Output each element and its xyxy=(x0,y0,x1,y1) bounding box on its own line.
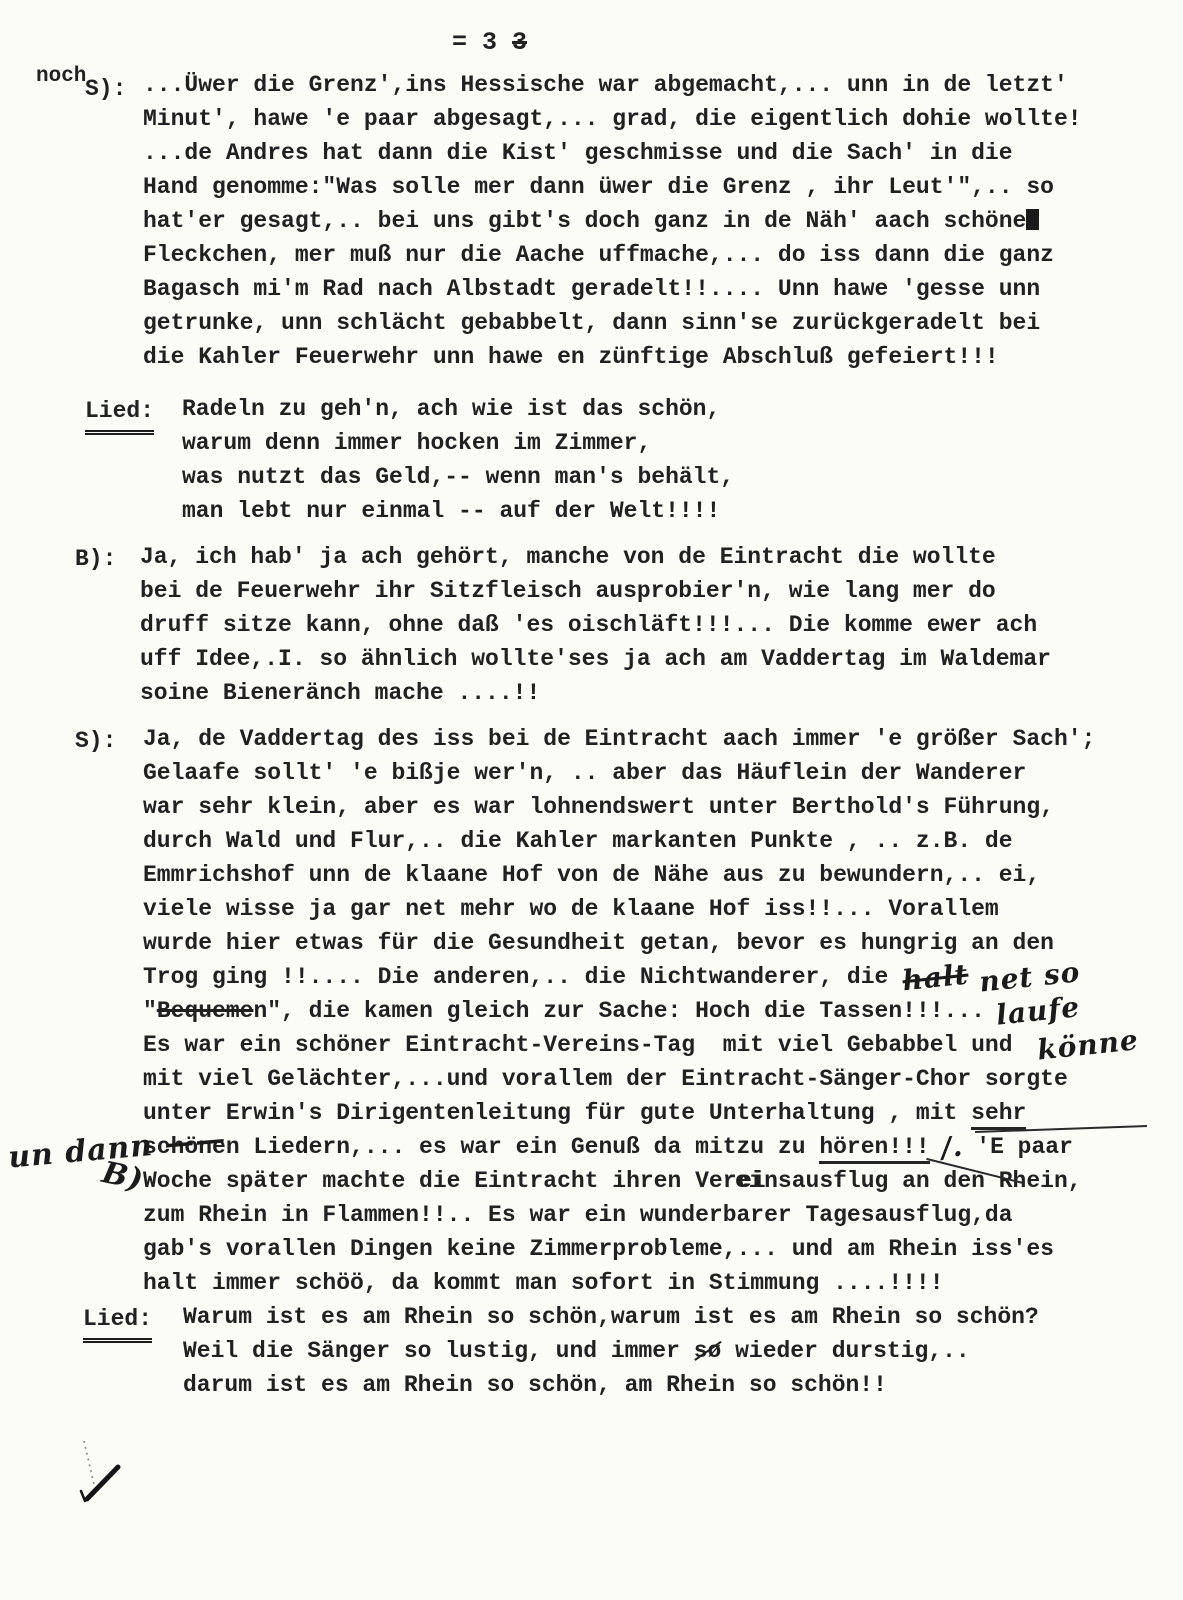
speaker-label-s: S): xyxy=(85,72,126,106)
text-line: "Bequemen", die kamen gleich zur Sache: … xyxy=(143,994,1183,1028)
slashed-text: sø xyxy=(694,1338,722,1364)
struck-text: Bequeme xyxy=(157,998,254,1024)
text-line: Bagasch mi'm Rad nach Albstadt geradelt!… xyxy=(143,272,1183,306)
text-segment: war sehr klein, aber es war lohnendswert… xyxy=(143,794,1054,820)
text-line: zum Rhein in Flammen!!.. Es war ein wund… xyxy=(143,1198,1183,1232)
text-line: war sehr klein, aber es war lohnendswert… xyxy=(143,790,1183,824)
text-segment: die Kahler Feuerwehr unn hawe en zünftig… xyxy=(143,344,999,370)
text-segment: Radeln zu geh'n, ach wie ist das schön, xyxy=(182,396,720,422)
overtyped-text: ei xyxy=(737,1168,765,1194)
text-segment: halt immer schöö, da kommt man sofort in… xyxy=(143,1270,944,1296)
text-segment: Bagasch mi'm Rad nach Albstadt geradelt!… xyxy=(143,276,1040,302)
text-segment: durch Wald und Flur,.. die Kahler markan… xyxy=(143,828,1013,854)
dialog-text-b: Ja, ich hab' ja ach gehört, manche von d… xyxy=(140,540,1183,710)
text-segment: n", die kamen gleich zur Sache: Hoch die… xyxy=(253,998,985,1024)
struck-text: 3 xyxy=(512,28,527,57)
text-segment: uff Idee,.I. so ähnlich wollte'ses ja ac… xyxy=(140,646,1051,672)
text-line: halt immer schöö, da kommt man sofort in… xyxy=(143,1266,1183,1300)
text-line: man lebt nur einmal -- auf der Welt!!!! xyxy=(182,494,1183,528)
song-section-1: Lied: Radeln zu geh'n, ach wie ist das s… xyxy=(0,392,1183,528)
text-segment: gab's vorallen Dingen keine Zimmerproble… xyxy=(143,1236,1054,1262)
text-segment: 'E paar xyxy=(962,1134,1072,1160)
handwritten-annotation: könne xyxy=(1026,1026,1141,1066)
text-line: warum denn immer hocken im Zimmer, xyxy=(182,426,1183,460)
page-number: = 3 3 xyxy=(452,26,1183,60)
text-segment: Warum ist es am Rhein so schön,warum ist… xyxy=(183,1304,1039,1330)
text-line: viele wisse ja gar net mehr wo de klaane… xyxy=(143,892,1183,926)
text-segment: wurde hier etwas für die Gesundheit geta… xyxy=(143,930,1054,956)
text-line: Warum ist es am Rhein so schön,warum ist… xyxy=(183,1300,1183,1334)
text-segment: darum ist es am Rhein so schön, am Rhein… xyxy=(183,1372,887,1398)
text-segment: ...Üwer die Grenz',ins Hessische war abg… xyxy=(143,72,1068,98)
ink-blot xyxy=(1026,209,1039,230)
text-line: gab's vorallen Dingen keine Zimmerproble… xyxy=(143,1232,1183,1266)
text-line: Weil die Sänger so lustig, und immer sø … xyxy=(183,1334,1183,1368)
page-header: = 3 3 xyxy=(0,26,1183,60)
speaker-continuation-label: noch xyxy=(36,60,86,94)
song-label-2: Lied: xyxy=(83,1302,152,1343)
underlined-text: hören!!! xyxy=(819,1134,929,1164)
text-segment: Weil die Sänger so lustig, und immer xyxy=(183,1338,694,1364)
song-lyrics-2: Warum ist es am Rhein so schön,warum ist… xyxy=(183,1300,1183,1402)
text-segment: Gelaafe sollt' 'e bißje wer'n, .. aber d… xyxy=(143,760,1026,786)
speaker-label-b: B): xyxy=(75,542,116,576)
text-line: ...de Andres hat dann die Kist' geschmis… xyxy=(143,136,1183,170)
text-line: Radeln zu geh'n, ach wie ist das schön, xyxy=(182,392,1183,426)
text-line: = 3 3 xyxy=(452,26,1183,60)
text-line: Ja, de Vaddertag des iss bei de Eintrach… xyxy=(143,722,1183,756)
song-section-2: Lied: Warum ist es am Rhein so schön,war… xyxy=(0,1300,1183,1402)
text-line: Hand genomme:"Was solle mer dann üwer di… xyxy=(143,170,1183,204)
text-segment: Emmrichshof unn de klaane Hof von de Näh… xyxy=(143,862,1040,888)
text-line: Emmrichshof unn de klaane Hof von de Näh… xyxy=(143,858,1183,892)
text-segment: Fleckchen, mer muß nur die Aache uffmach… xyxy=(143,242,1054,268)
handwritten-annotation: laufe xyxy=(984,993,1081,1031)
text-segment: Hand genomme:"Was solle mer dann üwer di… xyxy=(143,174,1054,200)
text-line: getrunke, unn schlächt gebabbelt, dann s… xyxy=(143,306,1183,340)
scanned-typewriter-page: = 3 3 noch S): ...Üwer die Grenz',ins He… xyxy=(0,0,1183,1600)
song-label-1: Lied: xyxy=(85,394,154,435)
text-segment: Minut', hawe 'e paar abgesagt,... grad, … xyxy=(143,106,1082,132)
dialog-section-noch-s: noch S): ...Üwer die Grenz',ins Hessisch… xyxy=(0,68,1183,374)
dialog-text-s-continued: ...Üwer die Grenz',ins Hessische war abg… xyxy=(143,68,1183,374)
text-segment: druff sitze kann, ohne daß 'es oischläft… xyxy=(140,612,1037,638)
text-segment: wieder durstig,.. xyxy=(721,1338,969,1364)
text-line: bei de Feuerwehr ihr Sitzfleisch ausprob… xyxy=(140,574,1183,608)
handwritten-struck-annotation: halt xyxy=(901,961,970,996)
text-line: Gelaafe sollt' 'e bißje wer'n, .. aber d… xyxy=(143,756,1183,790)
text-line: unter Erwin's Dirigentenleitung für gute… xyxy=(143,1096,1183,1130)
text-segment: viele wisse ja gar net mehr wo de klaane… xyxy=(143,896,999,922)
text-segment: getrunke, unn schlächt gebabbelt, dann s… xyxy=(143,310,1040,336)
text-line: was nutzt das Geld,-- wenn man's behält, xyxy=(182,460,1183,494)
handwritten-note-b: B) xyxy=(99,1158,146,1196)
text-segment: " xyxy=(143,998,157,1024)
text-segment: unter Erwin's Dirigentenleitung für gute… xyxy=(143,1100,971,1126)
text-segment: Woche später machte die Eintracht ihren … xyxy=(143,1168,737,1194)
underlined-text: sehr xyxy=(971,1100,1026,1130)
dialog-text-s: Ja, de Vaddertag des iss bei de Eintrach… xyxy=(143,722,1183,1300)
text-segment: Trog ging !!.... Die anderen,.. die Nich… xyxy=(143,964,902,990)
text-line: mit viel Gelächter,...und vorallem der E… xyxy=(143,1062,1183,1096)
text-line: darum ist es am Rhein so schön, am Rhein… xyxy=(183,1368,1183,1402)
text-line: Trog ging !!.... Die anderen,.. die Nich… xyxy=(143,960,1183,994)
text-segment: schönen Liedern,... es war ein Genuß da … xyxy=(143,1134,819,1160)
text-segment: warum denn immer hocken im Zimmer, xyxy=(182,430,651,456)
text-segment: bei de Feuerwehr ihr Sitzfleisch ausprob… xyxy=(140,578,996,604)
dialog-section-b: B): Ja, ich hab' ja ach gehört, manche v… xyxy=(0,540,1183,710)
text-segment: was nutzt das Geld,-- wenn man's behält, xyxy=(182,464,734,490)
dialog-section-s: S): Ja, de Vaddertag des iss bei de Eint… xyxy=(0,722,1183,1300)
text-line: Ja, ich hab' ja ach gehört, manche von d… xyxy=(140,540,1183,574)
text-segment: ...de Andres hat dann die Kist' geschmis… xyxy=(143,140,1013,166)
text-line: Minut', hawe 'e paar abgesagt,... grad, … xyxy=(143,102,1183,136)
text-segment: mit viel Gelächter,...und vorallem der E… xyxy=(143,1066,1068,1092)
text-line: Fleckchen, mer muß nur die Aache uffmach… xyxy=(143,238,1183,272)
speaker-label-s2: S): xyxy=(75,724,116,758)
text-segment: hat'er gesagt,.. bei uns gibt's doch gan… xyxy=(143,208,1026,234)
text-segment: = 3 xyxy=(452,28,512,57)
text-line: die Kahler Feuerwehr unn hawe en zünftig… xyxy=(143,340,1183,374)
text-line: ...Üwer die Grenz',ins Hessische war abg… xyxy=(143,68,1183,102)
text-line: druff sitze kann, ohne daß 'es oischläft… xyxy=(140,608,1183,642)
text-line: hat'er gesagt,.. bei uns gibt's doch gan… xyxy=(143,204,1183,238)
text-line: durch Wald und Flur,.. die Kahler markan… xyxy=(143,824,1183,858)
text-segment: zum Rhein in Flammen!!.. Es war ein wund… xyxy=(143,1202,1013,1228)
text-line: schönen Liedern,... es war ein Genuß da … xyxy=(143,1130,1183,1164)
text-line: Woche später machte die Eintracht ihren … xyxy=(143,1164,1183,1198)
text-line: soine Bieneränch mache ....!! xyxy=(140,676,1183,710)
song-lyrics-1: Radeln zu geh'n, ach wie ist das schön,w… xyxy=(182,392,1183,528)
text-segment: Ja, ich hab' ja ach gehört, manche von d… xyxy=(140,544,996,570)
text-line: uff Idee,.I. so ähnlich wollte'ses ja ac… xyxy=(140,642,1183,676)
text-segment: Es war ein schöner Eintracht-Vereins-Tag… xyxy=(143,1032,1026,1058)
text-segment: nsausflug an den Rhein, xyxy=(764,1168,1081,1194)
handwritten-checkmark-icon xyxy=(72,1435,126,1513)
text-line: Es war ein schöner Eintracht-Vereins-Tag… xyxy=(143,1028,1183,1062)
text-segment: man lebt nur einmal -- auf der Welt!!!! xyxy=(182,498,720,524)
text-segment: Ja, de Vaddertag des iss bei de Eintrach… xyxy=(143,726,1095,752)
text-line: wurde hier etwas für die Gesundheit geta… xyxy=(143,926,1183,960)
text-segment: soine Bieneränch mache ....!! xyxy=(140,680,540,706)
